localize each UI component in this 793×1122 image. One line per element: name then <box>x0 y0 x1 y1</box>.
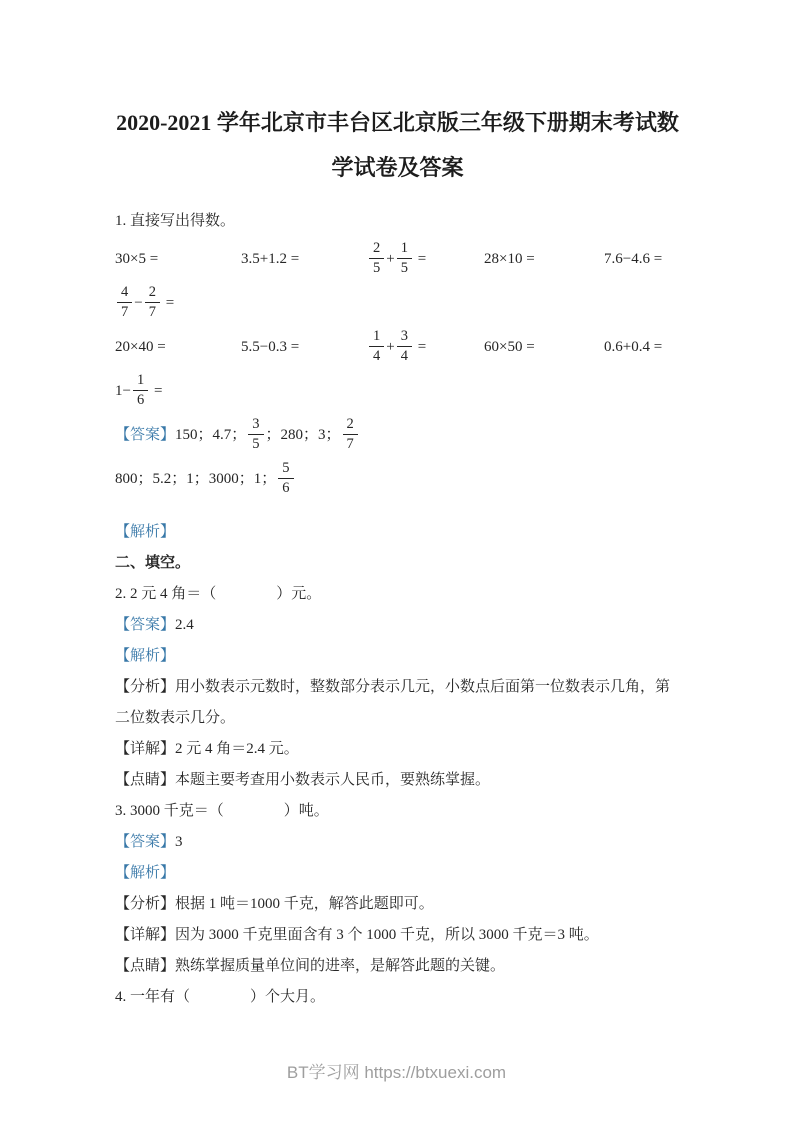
math-expression: 7.6−4.6 = <box>604 244 680 275</box>
analysis-tag: 【解析】 <box>115 858 680 889</box>
question-2-text: 2. 2 元 4 角＝（ ）元。 <box>115 579 680 610</box>
note-text: 本题主要考查用小数表示人民币，要熟练掌握。 <box>175 772 490 788</box>
math-expression: 60×50 = <box>484 332 604 363</box>
answer-tag: 【答案】 <box>115 834 175 850</box>
math-expression: 20×40 = <box>115 332 241 363</box>
fraction: 34 <box>397 328 412 365</box>
math-text: = <box>414 250 426 266</box>
breakdown-text: 根据 1 吨＝1000 千克，解答此题即可。 <box>175 896 434 912</box>
math-text: − <box>134 294 142 310</box>
math-text: + <box>386 338 394 354</box>
math-expression: 0.6+0.4 = <box>604 332 680 363</box>
note-tag: 【点睛】 <box>115 772 175 788</box>
analysis-tag: 【解析】 <box>115 641 680 672</box>
answer-value: 2.4 <box>175 617 194 633</box>
detail-tag: 【详解】 <box>115 927 175 943</box>
math-text: 800；5.2；1；3000；1； <box>115 470 276 486</box>
document-title: 2020-2021 学年北京市丰台区北京版三年级下册期末考试数 学试卷及答案 <box>115 100 680 190</box>
note-paragraph: 【点睛】熟练掌握质量单位间的进率，是解答此题的关键。 <box>115 951 680 982</box>
math-text: 3.5+1.2 = <box>241 251 299 267</box>
breakdown-tag: 【分析】 <box>115 896 175 912</box>
fraction: 56 <box>278 460 293 497</box>
math-text: 7.6−4.6 = <box>604 251 662 267</box>
document-title-line2: 学试卷及答案 <box>115 145 680 190</box>
answer-values: 150；4.7；35；280；3；27 <box>175 416 360 455</box>
math-expression: 47−27 = <box>115 284 174 323</box>
breakdown-text: 用小数表示元数时，整数部分表示几元，小数点后面第一位数表示几角，第二位数表示几分… <box>115 679 670 726</box>
math-text: 1− <box>115 382 131 398</box>
math-expression: 28×10 = <box>484 244 604 275</box>
breakdown-paragraph: 【分析】用小数表示元数时，整数部分表示几元，小数点后面第一位数表示几角，第二位数… <box>115 672 680 734</box>
breakdown-tag: 【分析】 <box>115 679 175 695</box>
math-text: 60×50 = <box>484 339 535 355</box>
question-1-prompt: 1. 直接写出得数。 <box>115 206 680 237</box>
math-expression-row: 20×40 = 5.5−0.3 = 14+34 = 60×50 = 0.6+0.… <box>115 325 680 369</box>
analysis-tag: 【解析】 <box>115 517 680 548</box>
math-text: + <box>386 250 394 266</box>
answer-value: 3 <box>175 834 183 850</box>
document-title-line1: 2020-2021 学年北京市丰台区北京版三年级下册期末考试数 <box>115 100 680 145</box>
fraction: 16 <box>133 372 148 409</box>
math-text: 0.6+0.4 = <box>604 339 662 355</box>
math-expression: 14+34 = <box>367 328 484 367</box>
fraction: 35 <box>248 416 263 453</box>
footer-watermark: BT学习网 https://btxuexi.com <box>0 1058 793 1088</box>
math-expression: 5.5−0.3 = <box>241 332 367 363</box>
question-3-text: 3. 3000 千克＝（ ）吨。 <box>115 796 680 827</box>
math-expression-row: 30×5 = 3.5+1.2 = 25+15 = 28×10 = 7.6−4.6… <box>115 237 680 281</box>
note-text: 熟练掌握质量单位间的进率，是解答此题的关键。 <box>175 958 505 974</box>
math-text: = <box>150 382 162 398</box>
math-expression-row: 1−16 = <box>115 369 680 413</box>
math-text: 5.5−0.3 = <box>241 339 299 355</box>
math-text: = <box>414 338 426 354</box>
math-text: ；280；3； <box>266 426 341 442</box>
answer-tag: 【答案】 <box>115 617 175 633</box>
math-text: 28×10 = <box>484 251 535 267</box>
answer-line: 800；5.2；1；3000；1；56 <box>115 457 680 501</box>
math-expression: 1−16 = <box>115 372 162 411</box>
fraction: 14 <box>369 328 384 365</box>
math-expression-row: 47−27 = <box>115 281 680 325</box>
detail-text: 因为 3000 千克里面含有 3 个 1000 千克，所以 3000 千克＝3 … <box>175 927 599 943</box>
breakdown-paragraph: 【分析】根据 1 吨＝1000 千克，解答此题即可。 <box>115 889 680 920</box>
math-text: = <box>162 294 174 310</box>
math-text: 20×40 = <box>115 339 166 355</box>
math-text: 150；4.7； <box>175 426 246 442</box>
fraction: 47 <box>117 284 132 321</box>
math-text: 30×5 = <box>115 251 158 267</box>
math-expression: 3.5+1.2 = <box>241 244 367 275</box>
note-paragraph: 【点睛】本题主要考查用小数表示人民币，要熟练掌握。 <box>115 765 680 796</box>
fraction: 27 <box>145 284 160 321</box>
fraction: 27 <box>343 416 358 453</box>
answer-line: 【答案】3 <box>115 827 680 858</box>
detail-paragraph: 【详解】2 元 4 角＝2.4 元。 <box>115 734 680 765</box>
note-tag: 【点睛】 <box>115 958 175 974</box>
answer-tag: 【答案】 <box>115 420 175 451</box>
detail-paragraph: 【详解】因为 3000 千克里面含有 3 个 1000 千克，所以 3000 千… <box>115 920 680 951</box>
question-4-text: 4. 一年有（ ）个大月。 <box>115 982 680 1013</box>
fraction: 25 <box>369 240 384 277</box>
detail-tag: 【详解】 <box>115 741 175 757</box>
fraction: 15 <box>397 240 412 277</box>
detail-text: 2 元 4 角＝2.4 元。 <box>175 741 299 757</box>
answer-line: 【答案】 150；4.7；35；280；3；27 <box>115 413 680 457</box>
section-two-header: 二、填空。 <box>115 548 680 579</box>
math-expression: 25+15 = <box>367 240 484 279</box>
answer-line: 【答案】2.4 <box>115 610 680 641</box>
answer-values: 800；5.2；1；3000；1；56 <box>115 460 296 499</box>
math-expression: 30×5 = <box>115 244 241 275</box>
page-container: 2020-2021 学年北京市丰台区北京版三年级下册期末考试数 学试卷及答案 1… <box>0 0 793 1122</box>
